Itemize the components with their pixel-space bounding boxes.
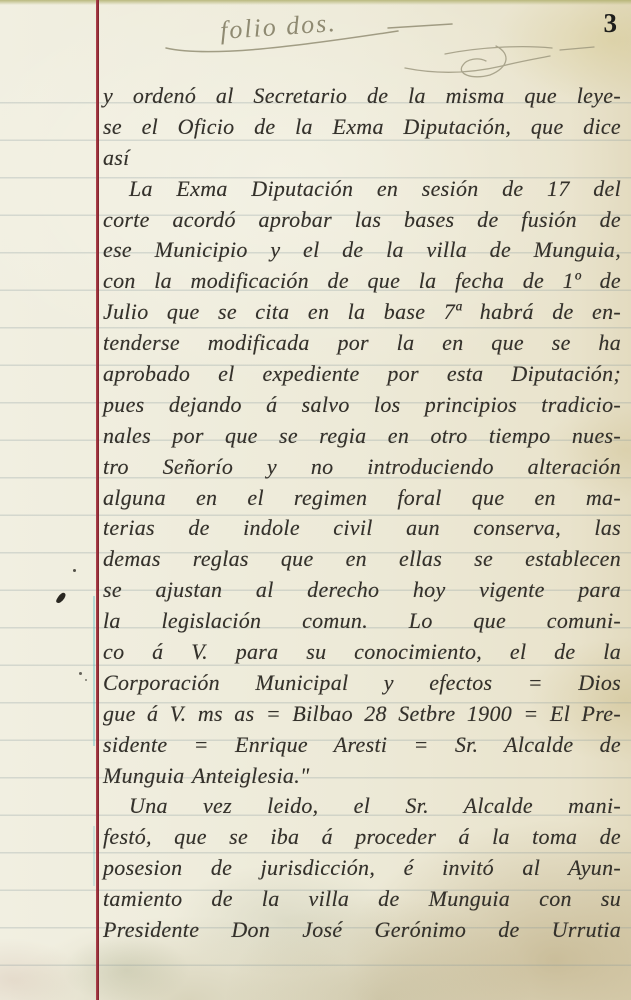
manuscript-line-4: La Exma Diputación en sesión de 17 del	[103, 174, 621, 205]
folio-label: folio dos.	[219, 8, 338, 46]
manuscript-line-11: pues dejando á salvo los principios trad…	[103, 390, 621, 421]
ink-speck	[55, 591, 66, 604]
manuscript-line-14: alguna en el regimen foral que en ma-	[103, 483, 621, 514]
underline-dash-icon	[388, 24, 452, 28]
cyan-edge-mark	[93, 596, 95, 746]
red-margin-rule	[96, 0, 99, 1000]
manuscript-line-18: la legislación comun. Lo que comuni-	[103, 606, 621, 637]
paraph-flourish-icon	[405, 46, 594, 77]
ink-speck	[73, 569, 76, 572]
manuscript-line-2: se el Oficio de la Exma Diputación, que …	[103, 112, 621, 143]
manuscript-line-27: tamiento de la villa de Munguia con su	[103, 884, 621, 915]
manuscript-line-3: así	[103, 143, 621, 174]
manuscript-line-9: tenderse modificada por la en que se ha	[103, 328, 621, 359]
manuscript-line-20: Corporación Municipal y efectos = Dios	[103, 668, 621, 699]
manuscript-line-19: co á V. para su conocimiento, el de la	[103, 637, 621, 668]
page-number: 3	[604, 8, 618, 39]
manuscript-line-13: tro Señorío y no introduciendo alteració…	[103, 452, 621, 483]
manuscript-line-26: posesion de jurisdicción, é invitó al Ay…	[103, 853, 621, 884]
cyan-edge-mark	[93, 826, 95, 886]
manuscript-line-10: aprobado el expediente por esta Diputaci…	[103, 359, 621, 390]
manuscript-line-24: Una vez leido, el Sr. Alcalde mani-	[103, 791, 621, 822]
ink-speck	[85, 679, 87, 681]
manuscript-line-28: Presidente Don José Gerónimo de Urrutia	[103, 915, 621, 946]
manuscript-line-17: se ajustan al derecho hoy vigente para	[103, 575, 621, 606]
ink-speck	[79, 672, 82, 675]
manuscript-line-15: terias de indole civil aun conserva, las	[103, 513, 621, 544]
manuscript-line-23: Munguia Anteiglesia."	[103, 761, 621, 792]
manuscript-line-22: sidente = Enrique Aresti = Sr. Alcalde d…	[103, 730, 621, 761]
manuscript-line-16: demas reglas que en ellas se establecen	[103, 544, 621, 575]
manuscript-line-5: corte acordó aprobar las bases de fusión…	[103, 205, 621, 236]
manuscript-line-6: ese Municipio y el de la villa de Mungui…	[103, 235, 621, 266]
manuscript-line-21: gue á V. ms as = Bilbao 28 Setbre 1900 =…	[103, 699, 621, 730]
manuscript-line-12: nales por que se regia en otro tiempo nu…	[103, 421, 621, 452]
text-block: y ordenó al Secretario de la misma que l…	[103, 81, 621, 946]
manuscript-line-1: y ordenó al Secretario de la misma que l…	[103, 81, 621, 112]
manuscript-line-25: festó, que se iba á proceder á la toma d…	[103, 822, 621, 853]
manuscript-line-8: Julio que se cita en la base 7ª habrá de…	[103, 297, 621, 328]
manuscript-line-7: con la modificación de que la fecha de 1…	[103, 266, 621, 297]
manuscript-page: 3 folio dos. y ordenó al Secretario de l…	[0, 0, 631, 1000]
